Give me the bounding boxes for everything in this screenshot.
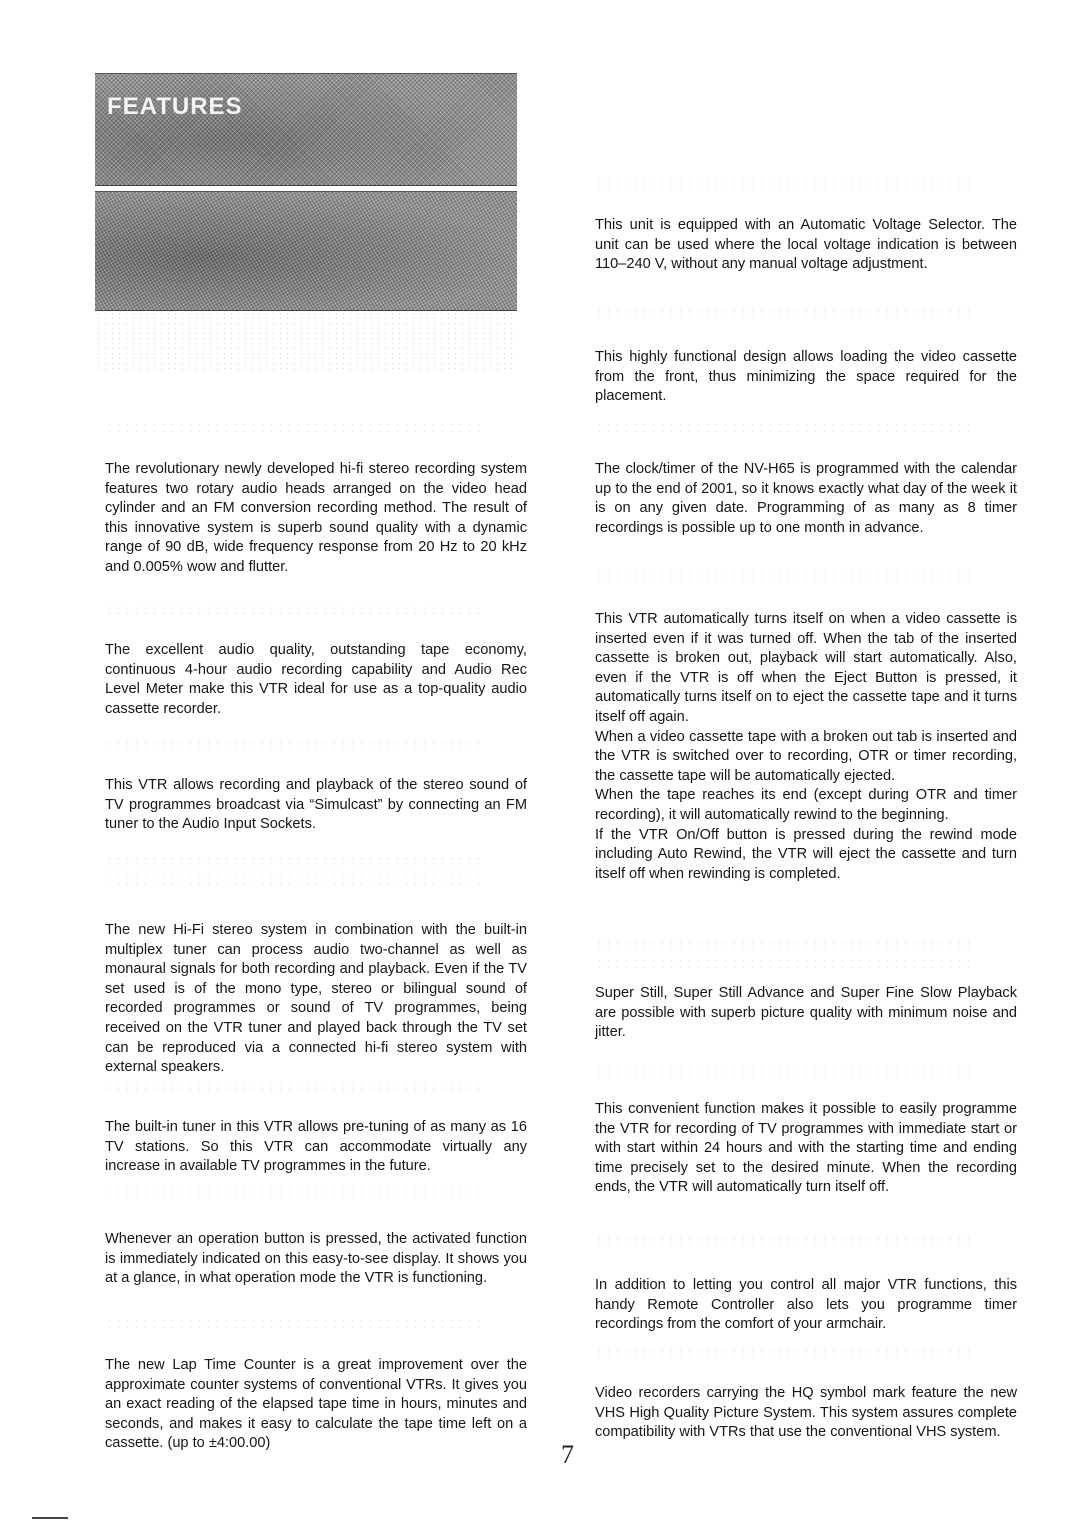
- section-paragraph: The clock/timer of the NV-H65 is program…: [595, 460, 1017, 538]
- section-auto-functions: This VTR automatically turns itself on w…: [595, 570, 1017, 884]
- section-heading-faded: [105, 1318, 485, 1332]
- faded-subheading: [95, 311, 517, 373]
- section-heading-faded: [595, 1066, 975, 1080]
- section-heading-faded: [595, 940, 975, 954]
- section-front-loading: This highly functional design allows loa…: [595, 308, 1017, 407]
- section-display: Whenever an operation button is pressed,…: [105, 1186, 527, 1289]
- section-heading-faded: [105, 1080, 485, 1094]
- section-heading-faded: [595, 1236, 975, 1250]
- page-number: 7: [561, 1440, 574, 1470]
- section-paragraph: Video recorders carrying the HQ symbol m…: [595, 1384, 1017, 1443]
- section-paragraph: Whenever an operation button is pressed,…: [105, 1230, 527, 1289]
- corner-rule: [32, 1517, 68, 1519]
- section-otr: This convenient function makes it possib…: [595, 1066, 1017, 1198]
- section-paragraph: This convenient function makes it possib…: [595, 1100, 1017, 1198]
- section-paragraph: If the VTR On/Off button is pressed duri…: [595, 826, 1017, 885]
- section-heading-faded: [595, 958, 975, 972]
- section-paragraph: The revolutionary newly developed hi-fi …: [105, 460, 527, 578]
- section-paragraph: This VTR allows recording and playback o…: [105, 776, 527, 835]
- section-heading-faded: [595, 570, 975, 584]
- section-heading-faded: [595, 308, 975, 322]
- section-heading-faded: [105, 855, 485, 869]
- section-paragraph: This highly functional design allows loa…: [595, 348, 1017, 407]
- section-voltage-selector: This unit is equipped with an Automatic …: [595, 178, 1017, 275]
- header-band-top: FEATURES: [95, 73, 517, 186]
- section-paragraph: When the tape reaches its end (except du…: [595, 786, 1017, 825]
- section-paragraph: When a video cassette tape with a broken…: [595, 728, 1017, 787]
- section-audio-recorder: The excellent audio quality, outstanding…: [105, 605, 527, 719]
- section-paragraph: Super Still, Super Still Advance and Sup…: [595, 984, 1017, 1043]
- section-paragraph: This unit is equipped with an Automatic …: [595, 216, 1017, 275]
- section-multiplex-tuner: The new Hi-Fi stereo system in combinati…: [105, 855, 527, 1078]
- section-heading-faded: [595, 1348, 975, 1362]
- section-heading-faded: [105, 422, 485, 436]
- section-heading-faded: [595, 422, 975, 436]
- section-heading-faded: [105, 740, 485, 754]
- section-heading-faded: [105, 875, 485, 889]
- header-band-bottom: [95, 191, 517, 311]
- section-tv-stations: The built-in tuner in this VTR allows pr…: [105, 1080, 527, 1177]
- section-heading-faded: [105, 605, 485, 619]
- features-header-image: FEATURES: [95, 73, 517, 373]
- section-heading-faded: [105, 1186, 485, 1200]
- page-title: FEATURES: [107, 93, 243, 121]
- section-paragraph: This VTR automatically turns itself on w…: [595, 610, 1017, 728]
- section-heading-faded: [595, 178, 975, 192]
- section-paragraph: The new Hi-Fi stereo system in combinati…: [105, 921, 527, 1078]
- section-paragraph: The built-in tuner in this VTR allows pr…: [105, 1118, 527, 1177]
- section-paragraph: In addition to letting you control all m…: [595, 1276, 1017, 1335]
- section-paragraph: The new Lap Time Counter is a great impr…: [105, 1356, 527, 1454]
- section-hq-system: Video recorders carrying the HQ symbol m…: [595, 1348, 1017, 1443]
- section-remote-controller: In addition to letting you control all m…: [595, 1236, 1017, 1335]
- section-super-still: Super Still, Super Still Advance and Sup…: [595, 940, 1017, 1043]
- section-lap-time-counter: The new Lap Time Counter is a great impr…: [105, 1318, 527, 1454]
- section-hifi-stereo: The revolutionary newly developed hi-fi …: [105, 422, 527, 578]
- section-simulcast: This VTR allows recording and playback o…: [105, 740, 527, 835]
- section-paragraph: The excellent audio quality, outstanding…: [105, 641, 527, 719]
- section-clock-timer: The clock/timer of the NV-H65 is program…: [595, 422, 1017, 538]
